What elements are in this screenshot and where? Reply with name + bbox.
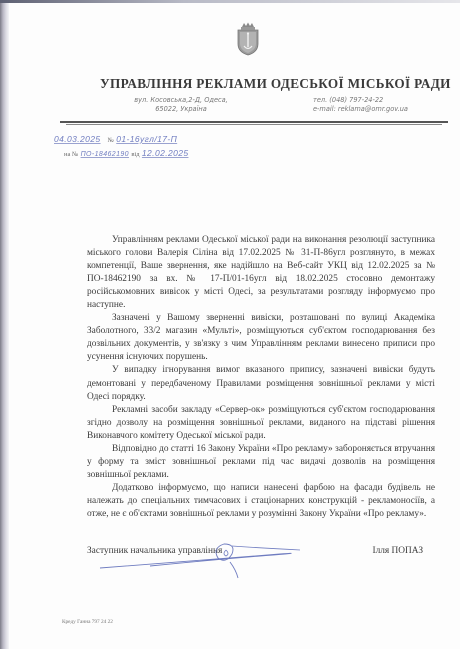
letterhead-divider-thin [66, 124, 442, 125]
reply-reference: на № ПО-18462190 від 12.02.2025 [64, 148, 188, 158]
body-paragraph: У випадку ігнорування вимог вказаного пр… [87, 364, 435, 403]
outgoing-number: 01-16угл/17-П [116, 134, 177, 144]
outgoing-registration: 04.03.2025 № 01-16угл/17-П [54, 134, 177, 144]
body-paragraph: Додатково інформуємо, що написи нанесені… [87, 482, 435, 521]
body-paragraph: Зазначені у Вашому зверненні вивіски, ро… [87, 312, 435, 364]
handwritten-signature-icon [60, 532, 320, 582]
body-paragraph: Рекламні засоби закладу «Сервер-ок» розм… [87, 404, 435, 443]
executor-note: Кредy Ганна 797 24 22 [62, 619, 113, 625]
letterhead-divider [60, 121, 448, 123]
outgoing-date: 04.03.2025 [54, 134, 101, 144]
address-postal: 65022, Україна [131, 105, 231, 114]
signatory-name: Ілля ПОПАЗ [372, 546, 423, 556]
body-paragraph: Відповідно до статті 16 Закону України «… [87, 443, 435, 482]
address-street: вул. Косовська,2-Д, Одеса, [131, 96, 231, 105]
scan-edge-shadow [0, 0, 9, 649]
body-paragraph: Управлінням реклами Одеської міської рад… [87, 234, 435, 312]
scanned-letter-page: УПРАВЛІННЯ РЕКЛАМИ ОДЕСЬКОЇ МІСЬКОЇ РАДИ… [0, 0, 460, 649]
letter-body: Управлінням реклами Одеської міської рад… [87, 234, 435, 521]
contact-email: e-mail: reklama@omr.gov.ua [313, 105, 433, 114]
odesa-coat-of-arms-icon [236, 22, 260, 56]
organization-title: УПРАВЛІННЯ РЕКЛАМИ ОДЕСЬКОЇ МІСЬКОЇ РАДИ [100, 76, 430, 92]
reply-date: 12.02.2025 [142, 148, 189, 158]
reply-prefix: на № [64, 151, 78, 158]
contact-block: тел. (048) 797-24-22 e-mail: reklama@omr… [313, 96, 433, 114]
scan-top-shadow [0, 0, 460, 3]
outgoing-number-label: № [108, 137, 114, 144]
reply-date-label: від [131, 151, 139, 158]
reply-number: ПО-18462190 [81, 151, 129, 158]
contact-phone: тел. (048) 797-24-22 [313, 96, 433, 105]
address-block: вул. Косовська,2-Д, Одеса, 65022, Україн… [131, 96, 231, 114]
